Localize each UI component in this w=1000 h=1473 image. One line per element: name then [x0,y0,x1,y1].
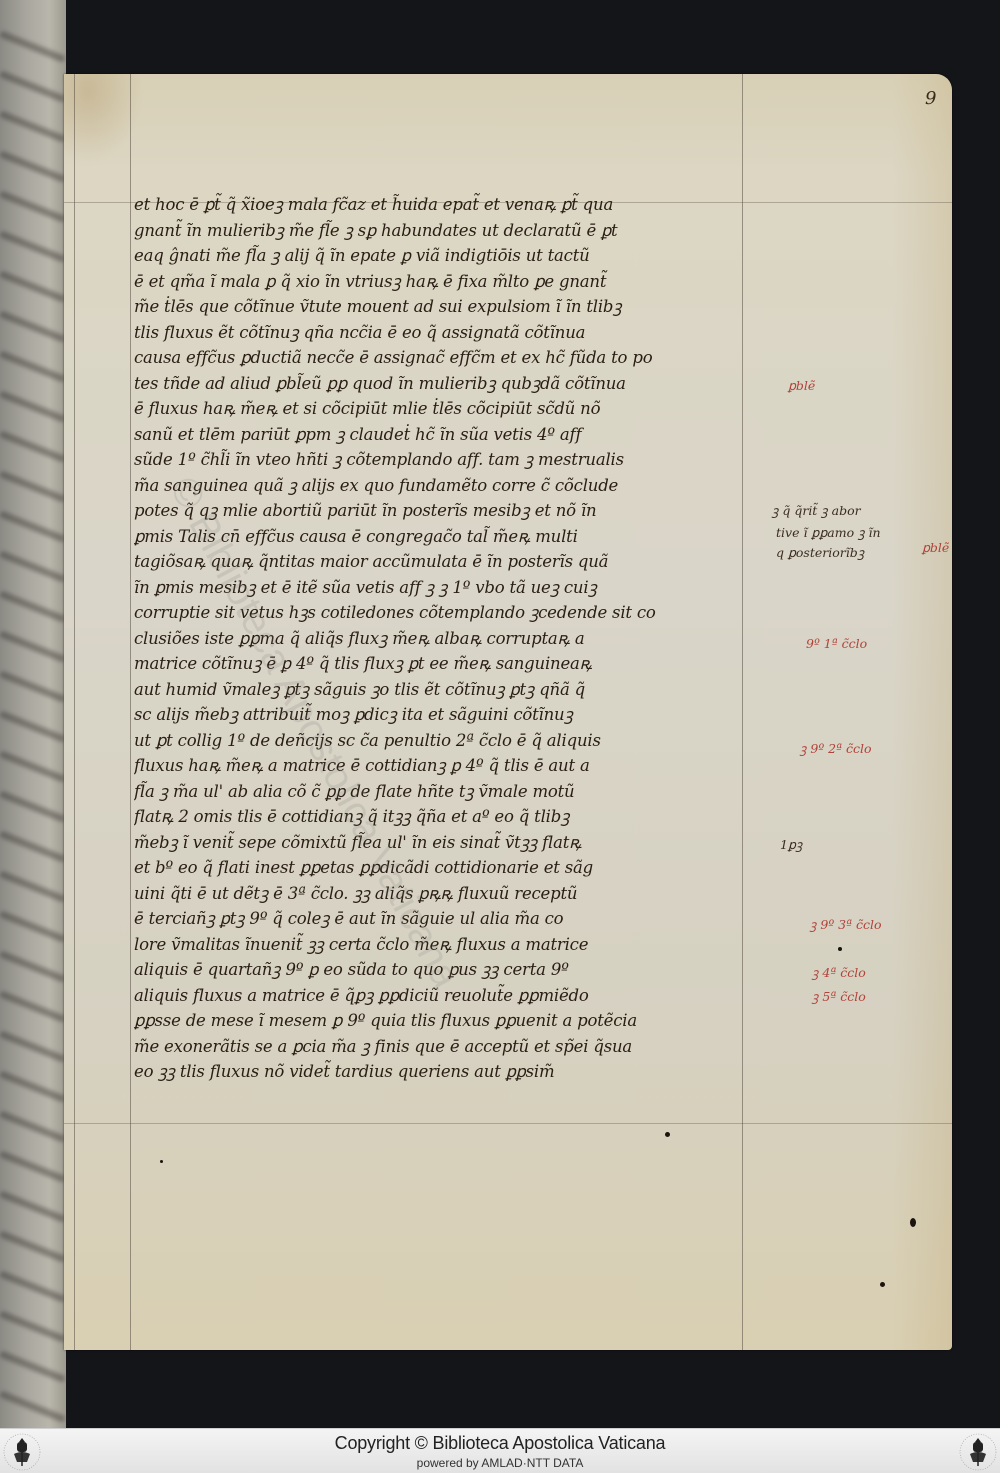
text-line: uini q̃ti ē ut dẽtꝫ ē 3ª c̃clo. ꝫꝫ aliq̃… [134,881,744,907]
edge-discoloration [892,74,952,1350]
text-line: tagiõsaꝶ quaꝶ q̃ntitas maior accũmulata … [134,549,744,575]
copyright-footer: Copyright © Biblioteca Apostolica Vatica… [0,1428,1000,1473]
marginal-note-conclusion-1: 9º 1ª c̃clo [806,636,867,651]
pinhole [880,1282,885,1287]
text-line: fl̃a ꝫ m̃a ul' ab alia cõ c̃ ꝑꝑ de flate… [134,779,744,805]
text-line: ē et qm̃a ĩ mala ꝑ q̃ xio ĩn vtriusꝫ haꝶ… [134,269,744,295]
text-line: sc alijs m̃ebꝫ attribuit̃ moꝫ ꝑdicꝫ ita … [134,702,744,728]
ink-dot [665,1132,670,1137]
marginal-note-abortion-2: tive ĩ ꝑꝑamo ꝫ ĩn [776,524,881,541]
text-line: tes tñde ad aliud ꝑbl̃eũ ꝑꝑ quod ĩn muli… [134,371,744,397]
text-line: eaq ĝnati m̃e fl̃a ꝫ alij q̃ ĩn epate ꝑ … [134,243,744,269]
marginal-note-3: 1ꝑꝫ [780,836,802,853]
text-line: ꝑꝑsse de mese ĩ mesem ꝑ 9º quia tlis flu… [134,1008,744,1034]
ruling-bottom [64,1123,952,1124]
text-line: et bº eo q̃ flati inest ꝑꝑetas ꝑꝑdicãdi … [134,855,744,881]
text-line: clusiões iste ꝑꝑma q̃ aliq̃s fluxꝫ m̃eꝶ … [134,626,744,652]
text-line: ĩn ꝑmis mesibꝫ et ē itẽ sũa vetis aff ꝫ … [134,575,744,601]
text-line: et hoc ē ꝑt̃ q̃ x̃ioeꝫ mala fc̃az et h̃u… [134,192,744,218]
text-line: aliquis fluxus a matrice ē q̃ꝑꝫ ꝑꝑdiciũ … [134,983,744,1009]
text-line: ut ꝑt collig 1º de deñcijs sc c̃a penult… [134,728,744,754]
marginal-note-problem-2: ꝑblẽ [922,540,949,555]
ink-dot [160,1160,163,1163]
main-text-block: et hoc ē ꝑt̃ q̃ x̃ioeꝫ mala fc̃az et h̃u… [134,192,744,1085]
text-line: causa effc̃us ꝑductiã necc̃e ē assignac̃… [134,345,744,371]
ruling-left-inner [130,74,131,1350]
text-line: matrice cõtĩnuꝫ ē ꝑ 4º q̃ tlis fluxꝫ ꝑt … [134,651,744,677]
marginal-note-conclusion-3: ꝫ 9º 3ª c̃clo [810,916,882,933]
folio-number: 9 [925,88,936,109]
ink-dot [838,947,842,951]
text-line: fluxus haꝶ m̃eꝶ a matrice ē cottidianꝫ ꝑ… [134,753,744,779]
text-line: m̃a sanguinea quã ꝫ alijs ex quo fundamẽ… [134,473,744,499]
text-line: aut humid ṽmaleꝫ ꝑtꝫ sãguis ꝫo tlis ẽt c… [134,677,744,703]
text-line: m̃ebꝫ ĩ venit̃ sepe cõmixtũ fl̃ea ul' ĩn… [134,830,744,856]
text-line: tlis fluxus ẽt cõtĩnuꝫ qña ncc̃ia ē eo q… [134,320,744,346]
text-line: ē terciañꝫ ꝑtꝫ 9º q̃ coleꝫ ē aut ĩn sãgu… [134,906,744,932]
text-line: aliquis ē quartañꝫ 9º ꝑ eo sũda to quo ꝑ… [134,957,744,983]
manuscript-viewer[interactable]: 9 et hoc ē ꝑt̃ q̃ x̃ioeꝫ mala fc̃az et h… [0,0,1000,1428]
marginal-note-abortion-1: ꝫ q̃ q̃rit̃ ꝫ abor [772,502,861,519]
copyright-text: Copyright © Biblioteca Apostolica Vatica… [0,1433,1000,1454]
text-line: sũde 1º c̃hl̃i ĩn vteo hñti ꝫ cõtempland… [134,447,744,473]
text-line: eo ꝫꝫ tlis fluxus nõ videt̃ tardius quer… [134,1059,744,1085]
text-line: ꝑmis Talis cn̄ effc̃us causa ē congregac… [134,524,744,550]
vatican-library-seal-icon [958,1432,998,1472]
text-line: ē fluxus haꝶ m̃eꝶ et si cõcipiūt mlie ṫl… [134,396,744,422]
marginal-note-conclusion-2: ꝫ 9º 2ª c̃clo [800,740,872,757]
marginal-note-conclusion-4: ꝫ 4ª c̃clo [812,964,866,981]
text-line: flatꝶ 2 omis tlis ē cottidianꝫ q̃ itꝫꝫ q… [134,804,744,830]
text-line: potes q̃ qꝫ mlie abortiũ pariūt ĩn poste… [134,498,744,524]
text-line: m̃e exonerãtis se a ꝑcia m̃a ꝫ finis que… [134,1034,744,1060]
pinhole [910,1218,916,1227]
text-line: lore ṽmalitas ĩnuenit̃ ꝫꝫ certa c̃clo m̃… [134,932,744,958]
marginal-note-conclusion-5: ꝫ 5ª c̃clo [812,988,866,1005]
facing-page-left [0,0,66,1428]
manuscript-folio: 9 et hoc ē ꝑt̃ q̃ x̃ioeꝫ mala fc̃az et h… [64,74,952,1350]
powered-by-text: powered by AMLAD·NTT DATA [0,1456,1000,1470]
ruling-left-outer [74,74,75,1350]
marginal-note-abortion-3: q ꝑosteriorĩbꝫ [776,544,864,561]
text-line: corruptie sit vetus hꝫs cotiledones cõte… [134,600,744,626]
text-line: m̃e ṫlēs que cõtĩnue ṽtute mouent ad sui… [134,294,744,320]
text-line: gnant̃ ĩn mulieribꝫ m̃e fl̃e ꝫ sꝑ habund… [134,218,744,244]
text-line: sanũ et tlēm pariūt ꝑpm ꝫ claudeṫ hc̃ ĩn… [134,422,744,448]
marginal-note-problem-1: ꝑblẽ [788,378,815,393]
water-stain [64,74,144,164]
